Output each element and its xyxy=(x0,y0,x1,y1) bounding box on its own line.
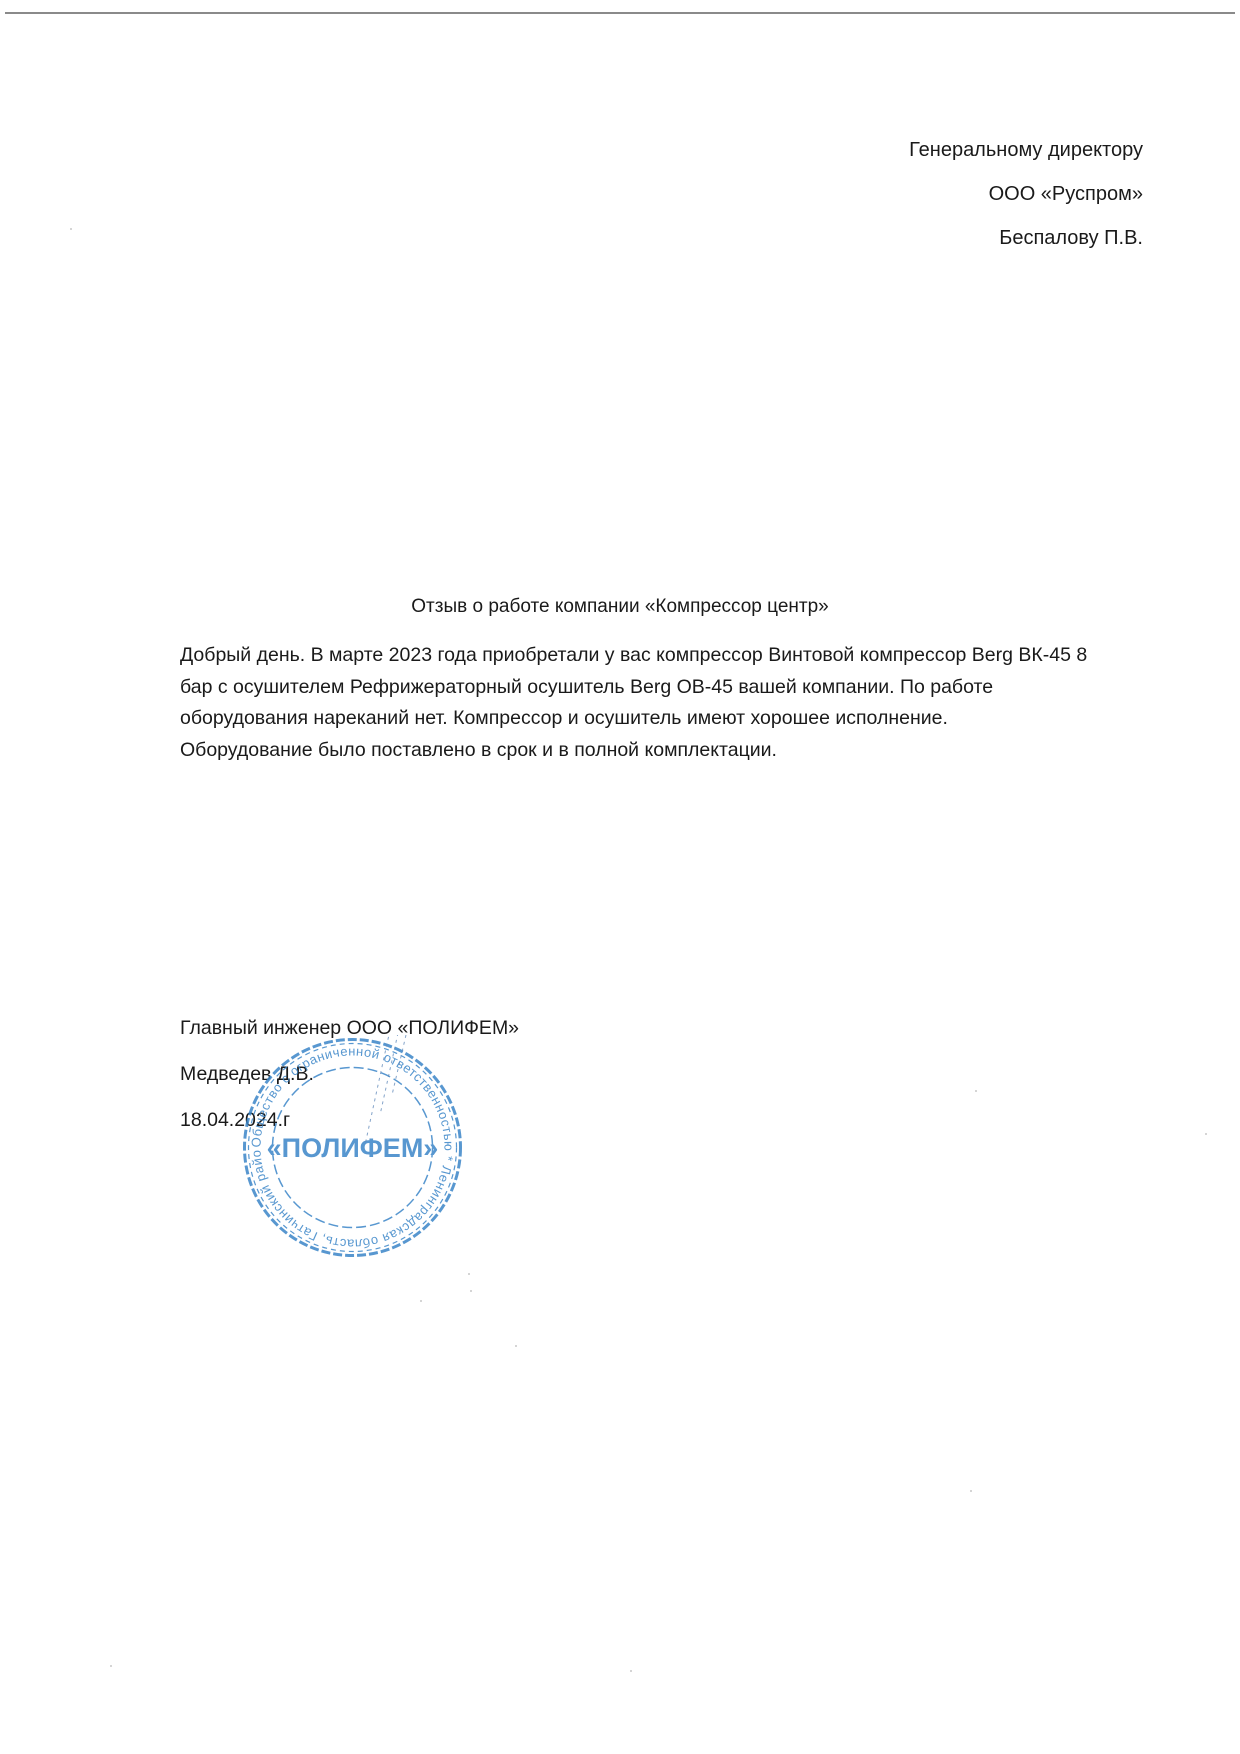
scan-noise xyxy=(420,1300,422,1302)
scan-noise xyxy=(515,1345,517,1347)
scan-noise xyxy=(468,1273,470,1275)
letter-body: Добрый день. В марте 2023 года приобрета… xyxy=(180,640,1165,766)
body-line: Оборудование было поставлено в срок и в … xyxy=(180,735,1165,767)
svg-text:«ПОЛИФЕМ»: «ПОЛИФЕМ» xyxy=(267,1133,439,1163)
scan-noise xyxy=(70,228,72,230)
document-title: Отзыв о работе компании «Компрессор цент… xyxy=(0,596,1240,618)
scan-noise xyxy=(975,1090,977,1092)
addressee-position: Генеральному директору xyxy=(909,128,1143,172)
scan-noise xyxy=(1205,1133,1207,1135)
scan-top-edge-line xyxy=(5,12,1235,14)
company-stamp: Общество с ограниченной ответственностью… xyxy=(240,1035,465,1260)
scan-noise xyxy=(630,1670,632,1672)
addressee-company: ООО «Руспром» xyxy=(909,172,1143,216)
body-line: бар с осушителем Рефрижераторный осушите… xyxy=(180,672,1165,704)
addressee-block: Генеральному директору ООО «Руспром» Бес… xyxy=(909,128,1143,260)
stamp-seal-icon: Общество с ограниченной ответственностью… xyxy=(240,1035,465,1260)
body-line: Добрый день. В марте 2023 года приобрета… xyxy=(180,640,1165,672)
scan-noise xyxy=(110,1665,112,1667)
body-line: оборудования нареканий нет. Компрессор и… xyxy=(180,703,1165,735)
addressee-name: Беспалову П.В. xyxy=(909,216,1143,260)
scan-noise xyxy=(970,1490,972,1492)
scan-noise xyxy=(470,1290,472,1292)
